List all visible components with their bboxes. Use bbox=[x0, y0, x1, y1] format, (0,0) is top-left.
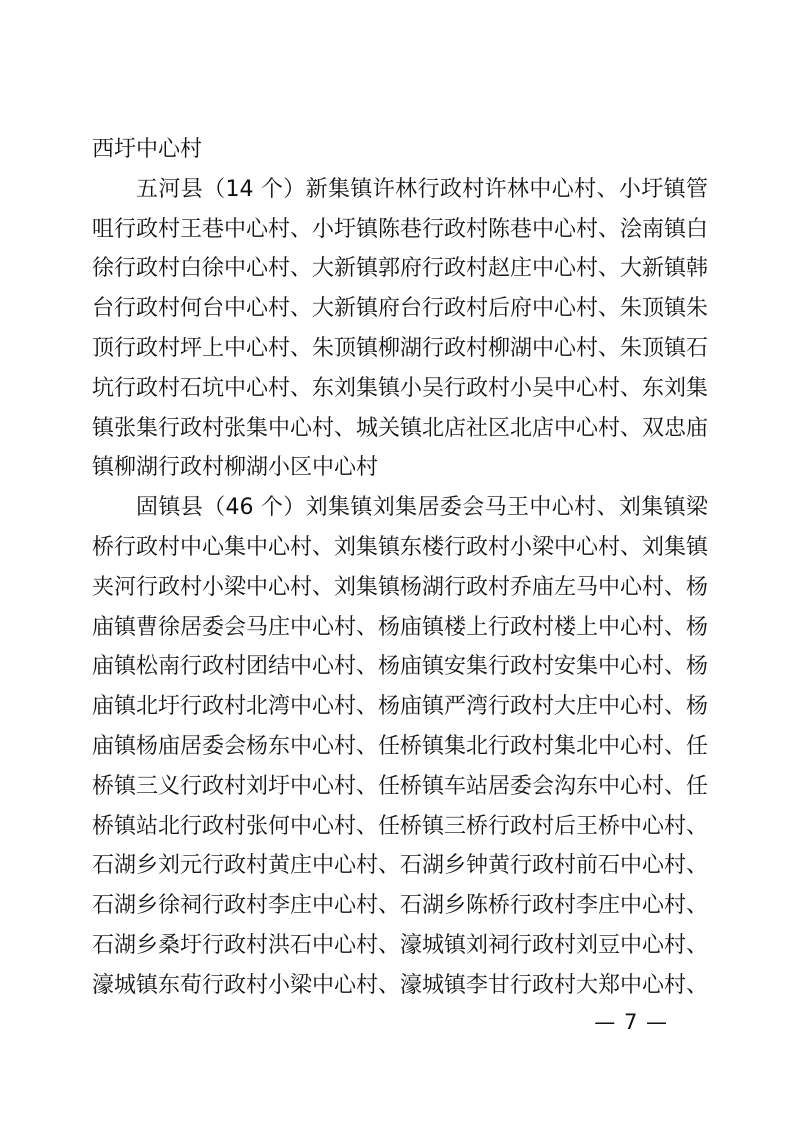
text-line: 徐行政村白徐中心村、大新镇郭府行政村赵庄中心村、大新镇韩 bbox=[92, 249, 708, 289]
text-line: 庙镇松南行政村团结中心村、杨庙镇安集行政村安集中心村、杨 bbox=[92, 647, 708, 687]
text-line: 固镇县（46 个）刘集镇刘集居委会马王中心村、刘集镇梁 bbox=[92, 488, 708, 528]
text-line: 五河县（14 个）新集镇许林行政村许林中心村、小圩镇管 bbox=[92, 170, 708, 210]
text-line: 咀行政村王巷中心村、小圩镇陈巷行政村陈巷中心村、浍南镇白 bbox=[92, 210, 708, 250]
page-number: — 7 — bbox=[594, 1008, 668, 1036]
text-line: 庙镇杨庙居委会杨东中心村、任桥镇集北行政村集北中心村、任 bbox=[92, 727, 708, 767]
text-line: 桥行政村中心集中心村、刘集镇东楼行政村小梁中心村、刘集镇 bbox=[92, 528, 708, 568]
text-line: 夹河行政村小梁中心村、刘集镇杨湖行政村乔庙左马中心村、杨 bbox=[92, 568, 708, 608]
text-line: 桥镇三义行政村刘圩中心村、任桥镇车站居委会沟东中心村、任 bbox=[92, 767, 708, 807]
body-text: 西圩中心村 五河县（14 个）新集镇许林行政村许林中心村、小圩镇管 咀行政村王巷… bbox=[92, 130, 708, 1006]
text-line: 濠城镇东荀行政村小梁中心村、濠城镇李甘行政村大郑中心村、 bbox=[92, 966, 708, 1006]
text-line: 镇柳湖行政村柳湖小区中心村 bbox=[92, 448, 708, 488]
text-line: 石湖乡桑圩行政村洪石中心村、濠城镇刘祠行政村刘豆中心村、 bbox=[92, 926, 708, 966]
text-line: 坑行政村石坑中心村、东刘集镇小吴行政村小吴中心村、东刘集 bbox=[92, 369, 708, 409]
text-line: 台行政村何台中心村、大新镇府台行政村后府中心村、朱顶镇朱 bbox=[92, 289, 708, 329]
document-page: 西圩中心村 五河县（14 个）新集镇许林行政村许林中心村、小圩镇管 咀行政村王巷… bbox=[0, 0, 793, 1122]
text-line: 镇张集行政村张集中心村、城关镇北店社区北店中心村、双忠庙 bbox=[92, 409, 708, 449]
text-line: 庙镇北圩行政村北湾中心村、杨庙镇严湾行政村大庄中心村、杨 bbox=[92, 687, 708, 727]
text-line: 桥镇站北行政村张何中心村、任桥镇三桥行政村后王桥中心村、 bbox=[92, 807, 708, 847]
text-line: 顶行政村坪上中心村、朱顶镇柳湖行政村柳湖中心村、朱顶镇石 bbox=[92, 329, 708, 369]
text-line: 庙镇曹徐居委会马庄中心村、杨庙镇楼上行政村楼上中心村、杨 bbox=[92, 608, 708, 648]
text-line: 石湖乡徐祠行政村李庄中心村、石湖乡陈桥行政村李庄中心村、 bbox=[92, 886, 708, 926]
text-line: 西圩中心村 bbox=[92, 130, 708, 170]
text-line: 石湖乡刘元行政村黄庄中心村、石湖乡钟黄行政村前石中心村、 bbox=[92, 846, 708, 886]
